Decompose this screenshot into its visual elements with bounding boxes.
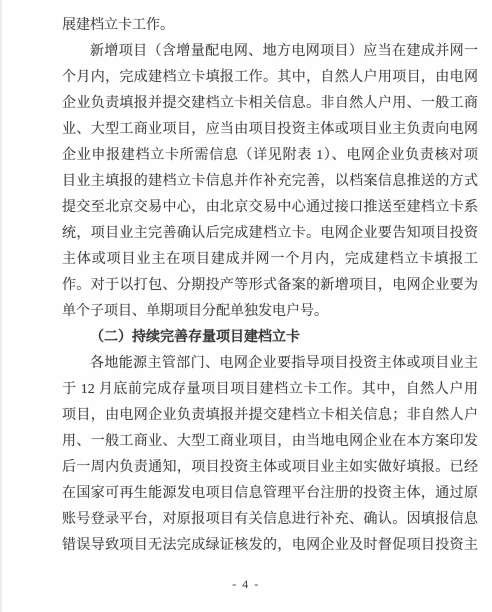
page-number: - 4 - xyxy=(0,577,492,592)
text-line: 展建档立卡工作。 xyxy=(62,13,478,39)
text-line: 各地能源主管部门、电网企业要指导项目投资主体或项目业主 xyxy=(62,351,478,377)
text-line: 在国家可再生能源发电项目信息管理平台注册的投资主体，通过原 xyxy=(62,481,478,507)
text-line: 项目，由电网企业负责填报并提交建档立卡相关信息；非自然人户 xyxy=(62,403,478,429)
text-line: 企业负责填报并提交建档立卡相关信息。非自然人户用、一般工商 xyxy=(62,91,478,117)
text-line: 账号登录平台，对原报项目有关信息进行补充、确认。因填报信息 xyxy=(62,507,478,533)
text-line: 用、一般工商业、大型工商业项目，由当地电网企业在本方案印发 xyxy=(62,429,478,455)
text-line: 提交至北京交易中心，由北京交易中心通过接口推送至建档立卡系 xyxy=(62,195,478,221)
text-line: 目业主填报的建档立卡信息并作补充完善，以档案信息推送的方式 xyxy=(62,169,478,195)
text-line: 作。对于以打包、分期投产等形式备案的新增项目，电网企业要为 xyxy=(62,273,478,299)
document-text-block: 展建档立卡工作。新增项目（含增量配电网、地方电网项目）应当在建成并网一个月内，完… xyxy=(62,13,478,559)
text-line: 新增项目（含增量配电网、地方电网项目）应当在建成并网一 xyxy=(62,39,478,65)
scan-edge-artifact xyxy=(0,0,3,612)
text-line: 主体或项目业主在项目建成并网一个月内，完成建档立卡填报工 xyxy=(62,247,478,273)
section-heading: （二）持续完善存量项目建档立卡 xyxy=(62,325,478,351)
text-line: 于 12 月底前完成存量项目项目建档立卡工作。其中，自然人户用 xyxy=(62,377,478,403)
text-line: 单个子项目、单期项目分配单独发电户号。 xyxy=(62,299,478,325)
text-line: 业、大型工商业项目，应当由项目投资主体或项目业主负责向电网 xyxy=(62,117,478,143)
document-page: 展建档立卡工作。新增项目（含增量配电网、地方电网项目）应当在建成并网一个月内，完… xyxy=(0,0,492,612)
text-line: 个月内，完成建档立卡填报工作。其中，自然人户用项目，由电网 xyxy=(62,65,478,91)
text-line: 企业申报建档立卡所需信息（详见附表 1）、电网企业负责核对项 xyxy=(62,143,478,169)
text-line: 错误导致项目无法完成绿证核发的，电网企业及时督促项目投资主 xyxy=(62,533,478,559)
text-line: 后一周内负责通知，项目投资主体或项目业主如实做好填报。已经 xyxy=(62,455,478,481)
text-line: 统，项目业主完善确认后完成建档立卡。电网企业要告知项目投资 xyxy=(62,221,478,247)
